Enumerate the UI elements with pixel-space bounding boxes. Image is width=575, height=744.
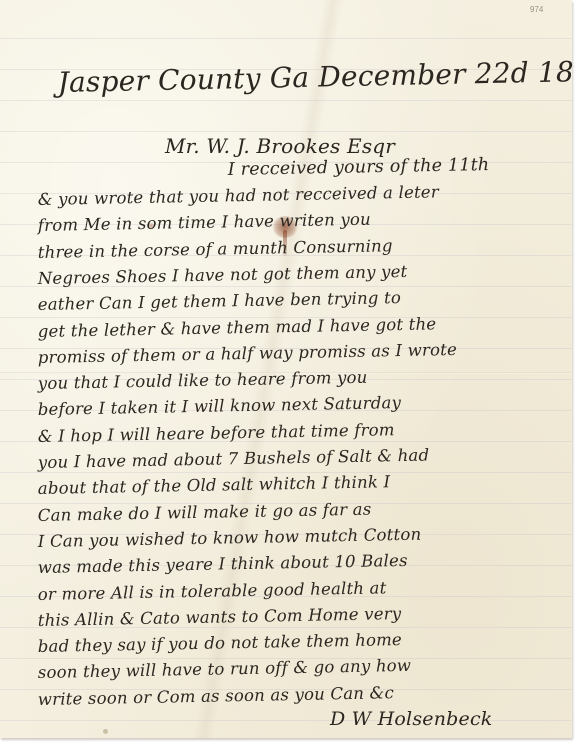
letter-signature: D W Holsenbeck: [330, 708, 493, 730]
letter-salutation: Mr. W. J. Brookes Esqr: [165, 134, 395, 158]
archive-number: 974: [530, 5, 543, 14]
letter-page: 974 Jasper County Ga December 22d 1862 M…: [0, 0, 572, 738]
paper-spot: [103, 729, 108, 734]
